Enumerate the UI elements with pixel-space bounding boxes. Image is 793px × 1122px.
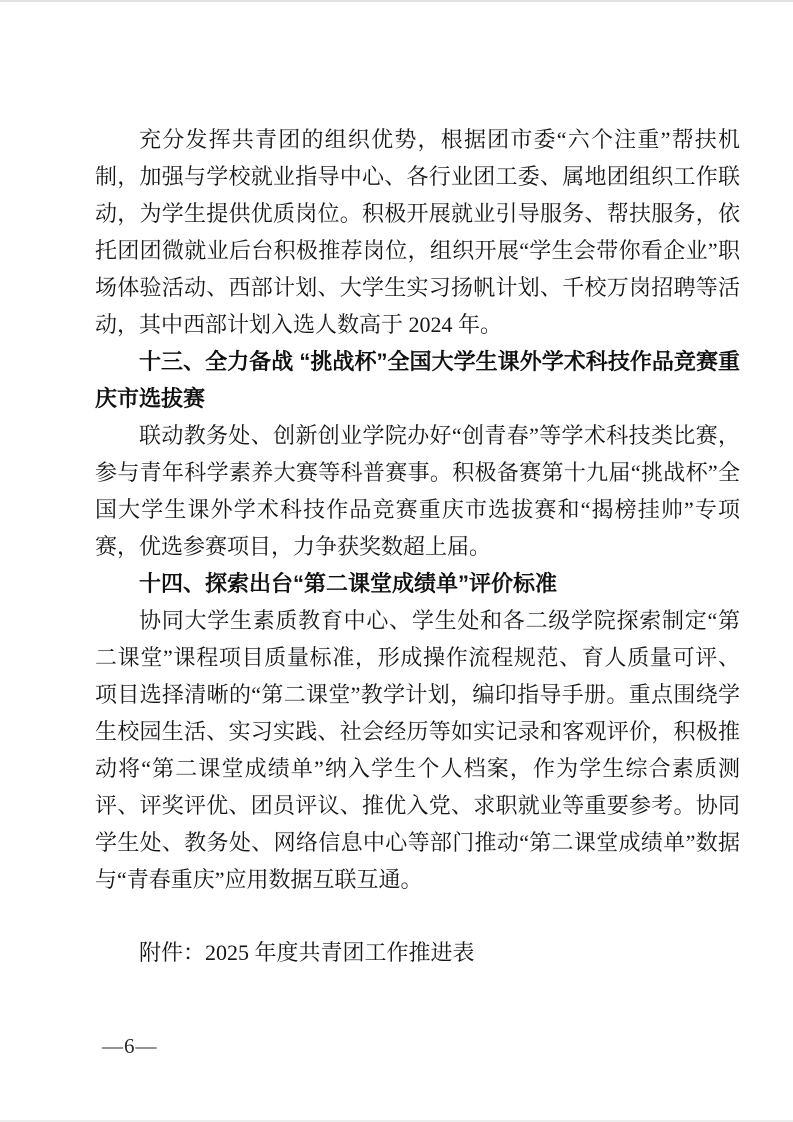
attachment-note: 附件：2025 年度共青团工作推进表 — [95, 934, 740, 971]
paragraph-second-classroom: 协同大学生素质教育中心、学生处和各二级学院探索制定“第二课堂”课程项目质量标准，… — [95, 602, 740, 898]
heading-section-13: 十三、全力备战 “挑战杯”全国大学生课外学术科技作品竞赛重庆市选拔赛 — [95, 343, 740, 417]
heading-section-14: 十四、探索出台“第二课堂成绩单”评价标准 — [95, 565, 740, 602]
paragraph-challenge-cup: 联动教务处、创新创业学院办好“创青春”等学术科技类比赛，参与青年科学素养大赛等科… — [95, 417, 740, 565]
document-page: 充分发挥共青团的组织优势，根据团市委“六个注重”帮扶机制，加强与学校就业指导中心… — [0, 0, 793, 1122]
page-number: —6— — [102, 1031, 158, 1061]
document-body: 充分发挥共青团的组织优势，根据团市委“六个注重”帮扶机制，加强与学校就业指导中心… — [95, 121, 740, 971]
paragraph-employment-support: 充分发挥共青团的组织优势，根据团市委“六个注重”帮扶机制，加强与学校就业指导中心… — [95, 121, 740, 343]
